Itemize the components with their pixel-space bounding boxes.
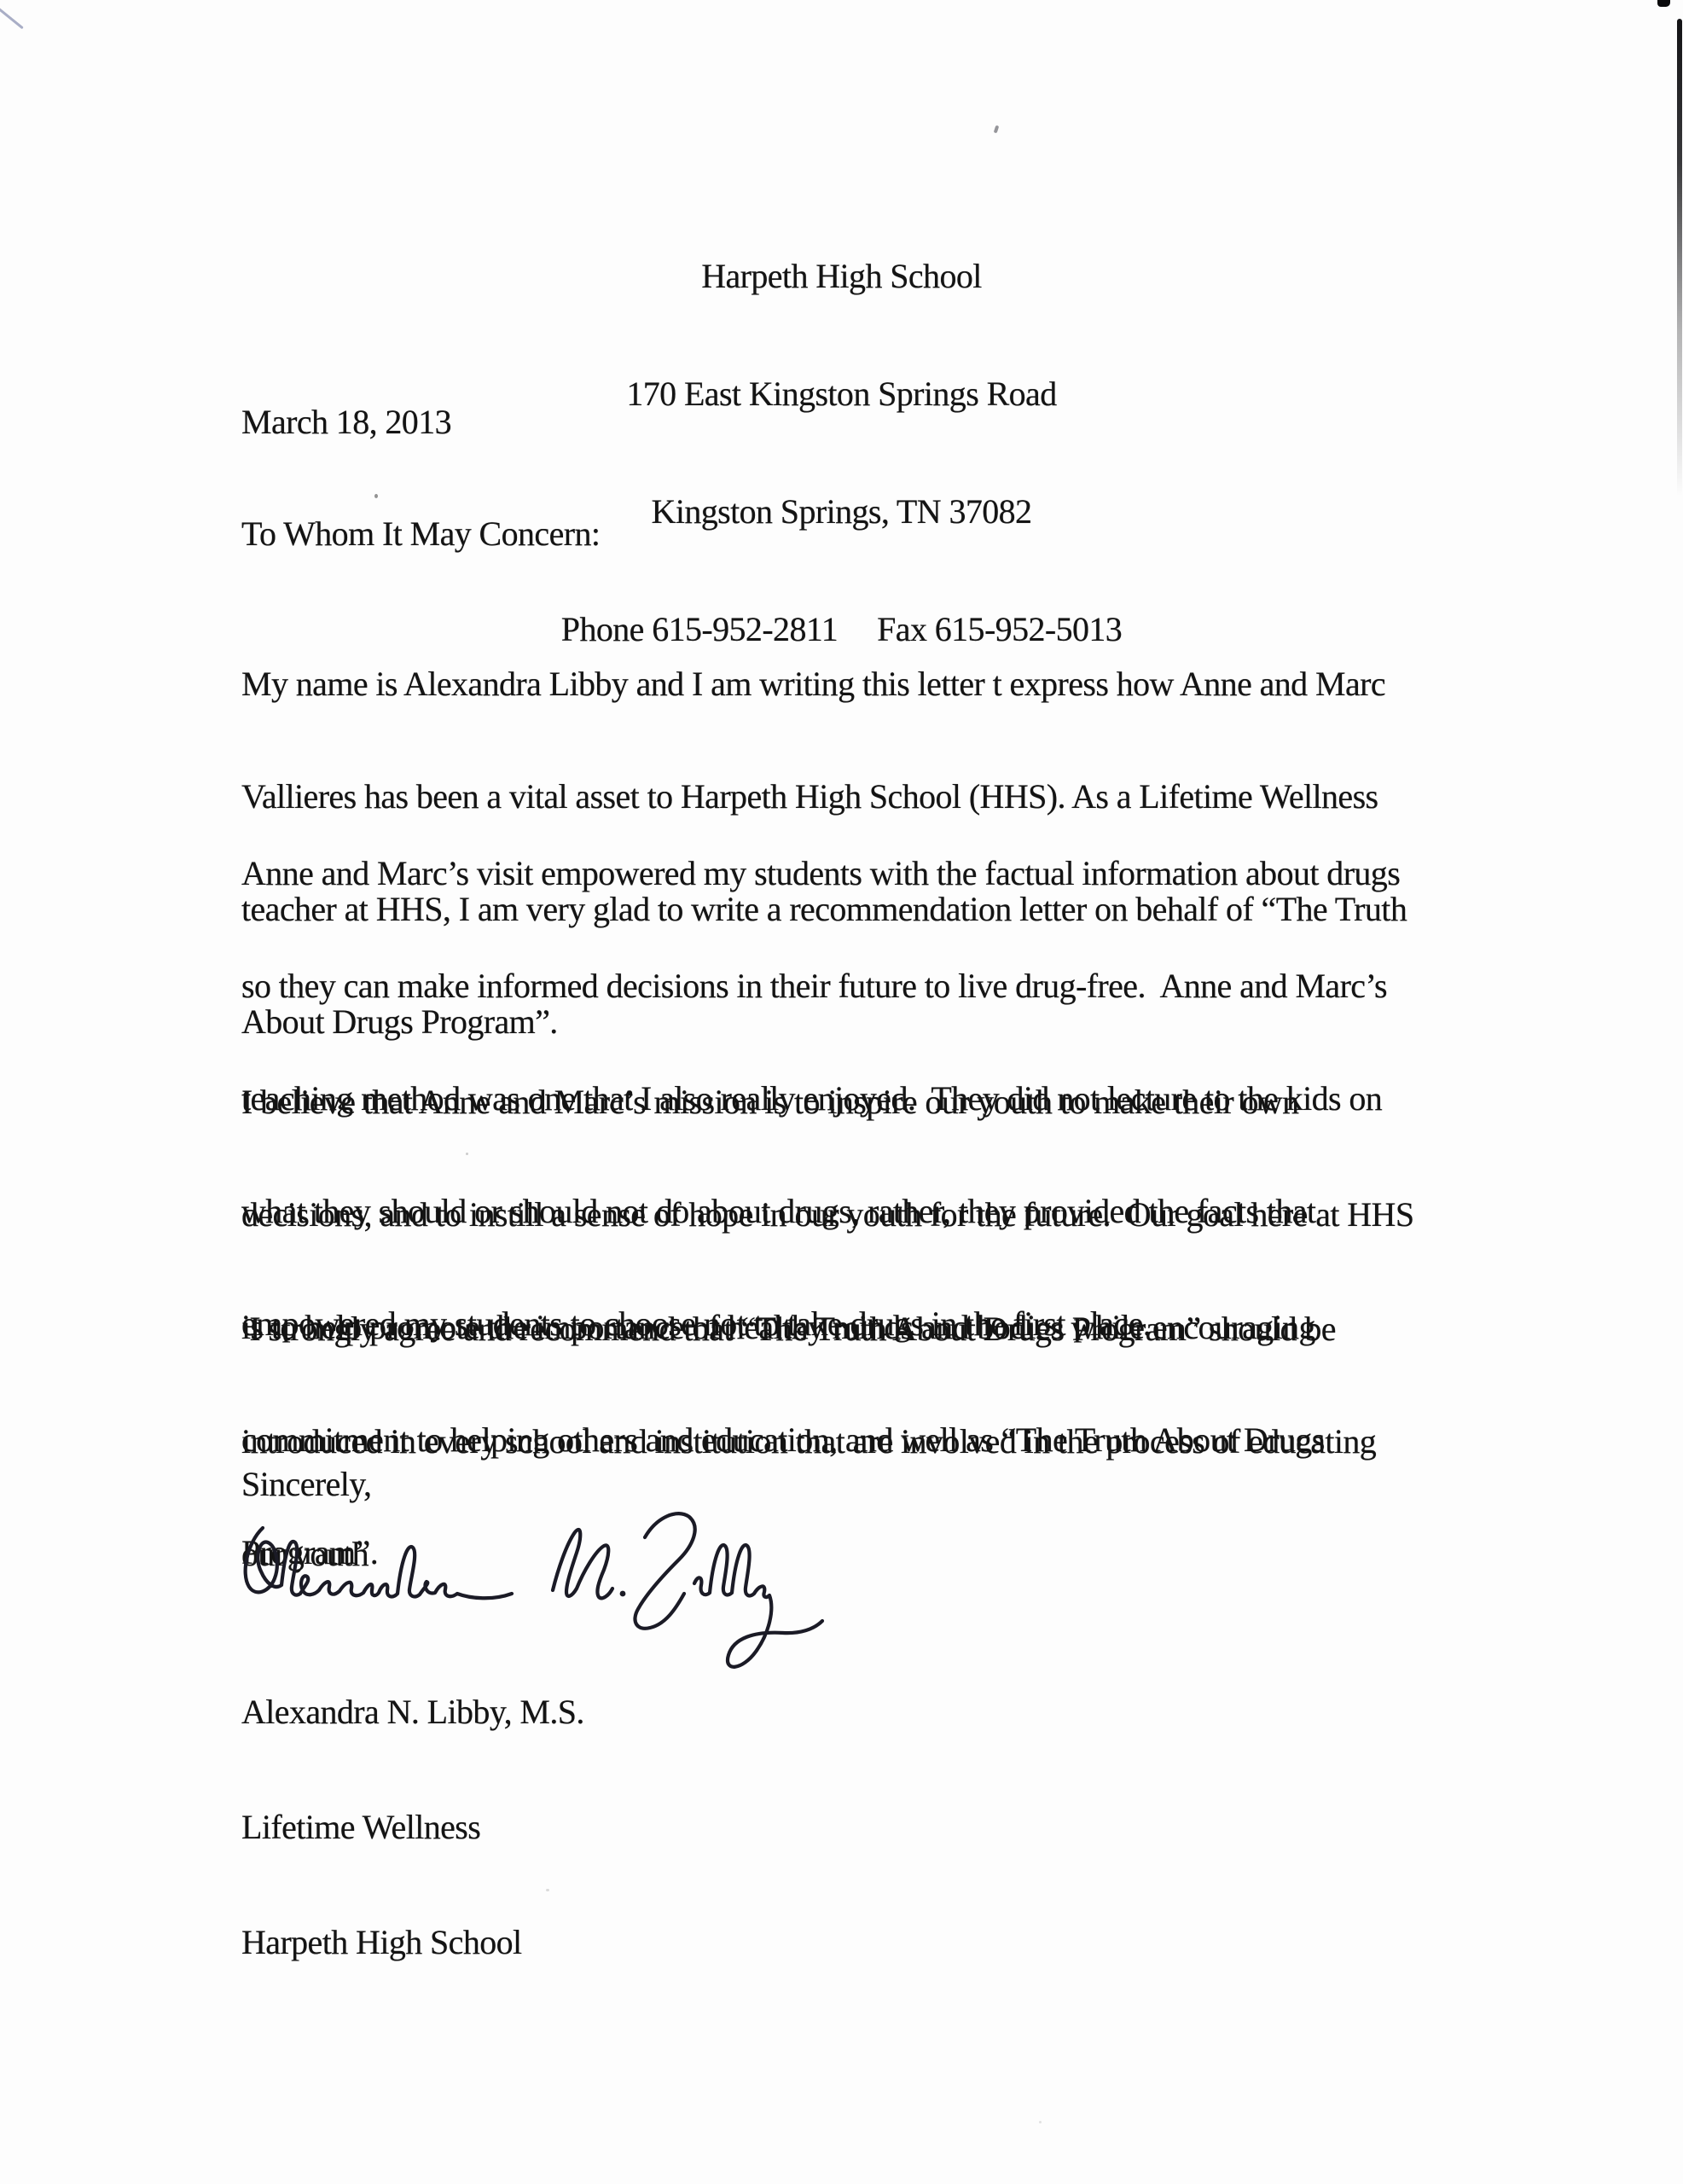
scan-speck xyxy=(374,494,378,498)
salutation: To Whom It May Concern: xyxy=(241,515,600,553)
text-line: so they can make informed decisions in t… xyxy=(241,967,1400,1005)
text-line: I strongly agree and recommend that “The… xyxy=(241,1310,1376,1348)
signature-period-dot xyxy=(620,1591,626,1597)
scan-artifact-edge-blob xyxy=(1657,0,1670,7)
text-line: introduced in every school and instituti… xyxy=(241,1423,1376,1461)
signer-organization: Harpeth High School xyxy=(241,1923,584,1961)
scan-speck xyxy=(466,1153,468,1155)
text-line: I believe that Anne and Marc’s mission i… xyxy=(241,1083,1414,1121)
letter-date: March 18, 2013 xyxy=(241,404,451,441)
scanned-letter-page: Harpeth High School 170 East Kingston Sp… xyxy=(0,0,1683,2184)
text-line: My name is Alexandra Libby and I am writ… xyxy=(241,665,1407,703)
text-line: decisions, and to instill a sense of hop… xyxy=(241,1196,1414,1234)
signer-title: Lifetime Wellness xyxy=(241,1808,584,1846)
letterhead-school-name: Harpeth High School xyxy=(0,257,1683,296)
scan-artifact-corner-line xyxy=(0,3,24,29)
scan-artifact-edge-strip xyxy=(1677,19,1682,497)
scan-speck xyxy=(546,1889,549,1891)
scan-speck xyxy=(994,125,1000,134)
signature-block: Alexandra N. Libby, M.S. Lifetime Wellne… xyxy=(241,1616,584,2038)
scan-speck xyxy=(1039,2121,1042,2123)
text-line: Anne and Marc’s visit empowered my stude… xyxy=(241,855,1400,892)
closing: Sincerely, xyxy=(241,1466,371,1503)
signer-name: Alexandra N. Libby, M.S. xyxy=(241,1693,584,1731)
